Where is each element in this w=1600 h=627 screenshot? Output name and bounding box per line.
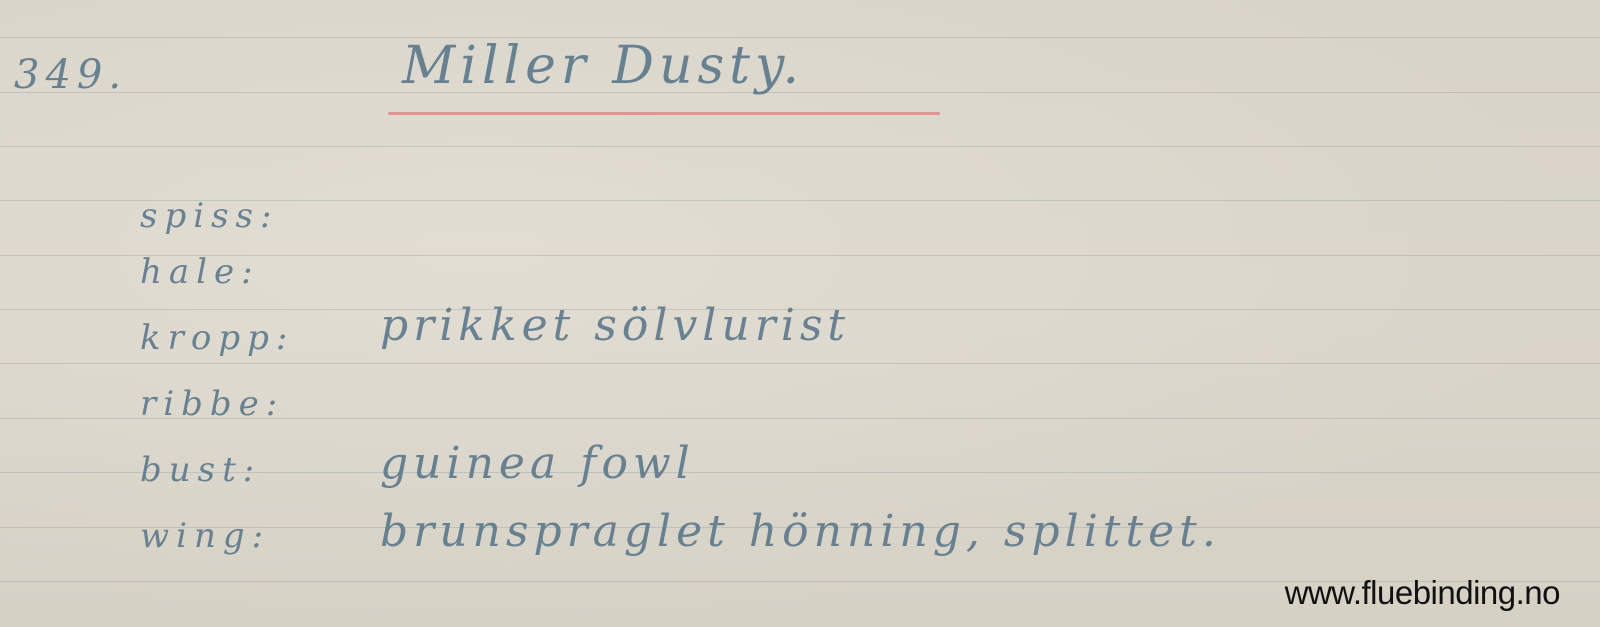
field-label-spiss: spiss: <box>140 196 278 236</box>
field-label-bust: bust: <box>140 450 261 490</box>
field-label-kropp: kropp: <box>140 318 294 358</box>
website-watermark: www.fluebinding.no <box>1285 574 1560 612</box>
notebook-page: 349. Miller Dusty. spiss: hale: kropp: p… <box>0 0 1600 627</box>
field-label-wing: wing: <box>140 516 270 556</box>
field-value-bust: guinea fowl <box>380 438 695 489</box>
fly-pattern-title: Miller Dusty. <box>402 36 804 96</box>
ruled-line <box>0 363 1600 364</box>
field-label-hale: hale: <box>140 252 260 292</box>
field-label-ribbe: ribbe: <box>140 384 284 424</box>
ruled-line <box>0 146 1600 147</box>
entry-number: 349. <box>14 52 127 98</box>
field-value-wing: brunspraglet hönning, splittet. <box>380 506 1221 557</box>
field-value-kropp: prikket sölvlurist <box>380 300 850 351</box>
title-underline <box>388 112 940 115</box>
